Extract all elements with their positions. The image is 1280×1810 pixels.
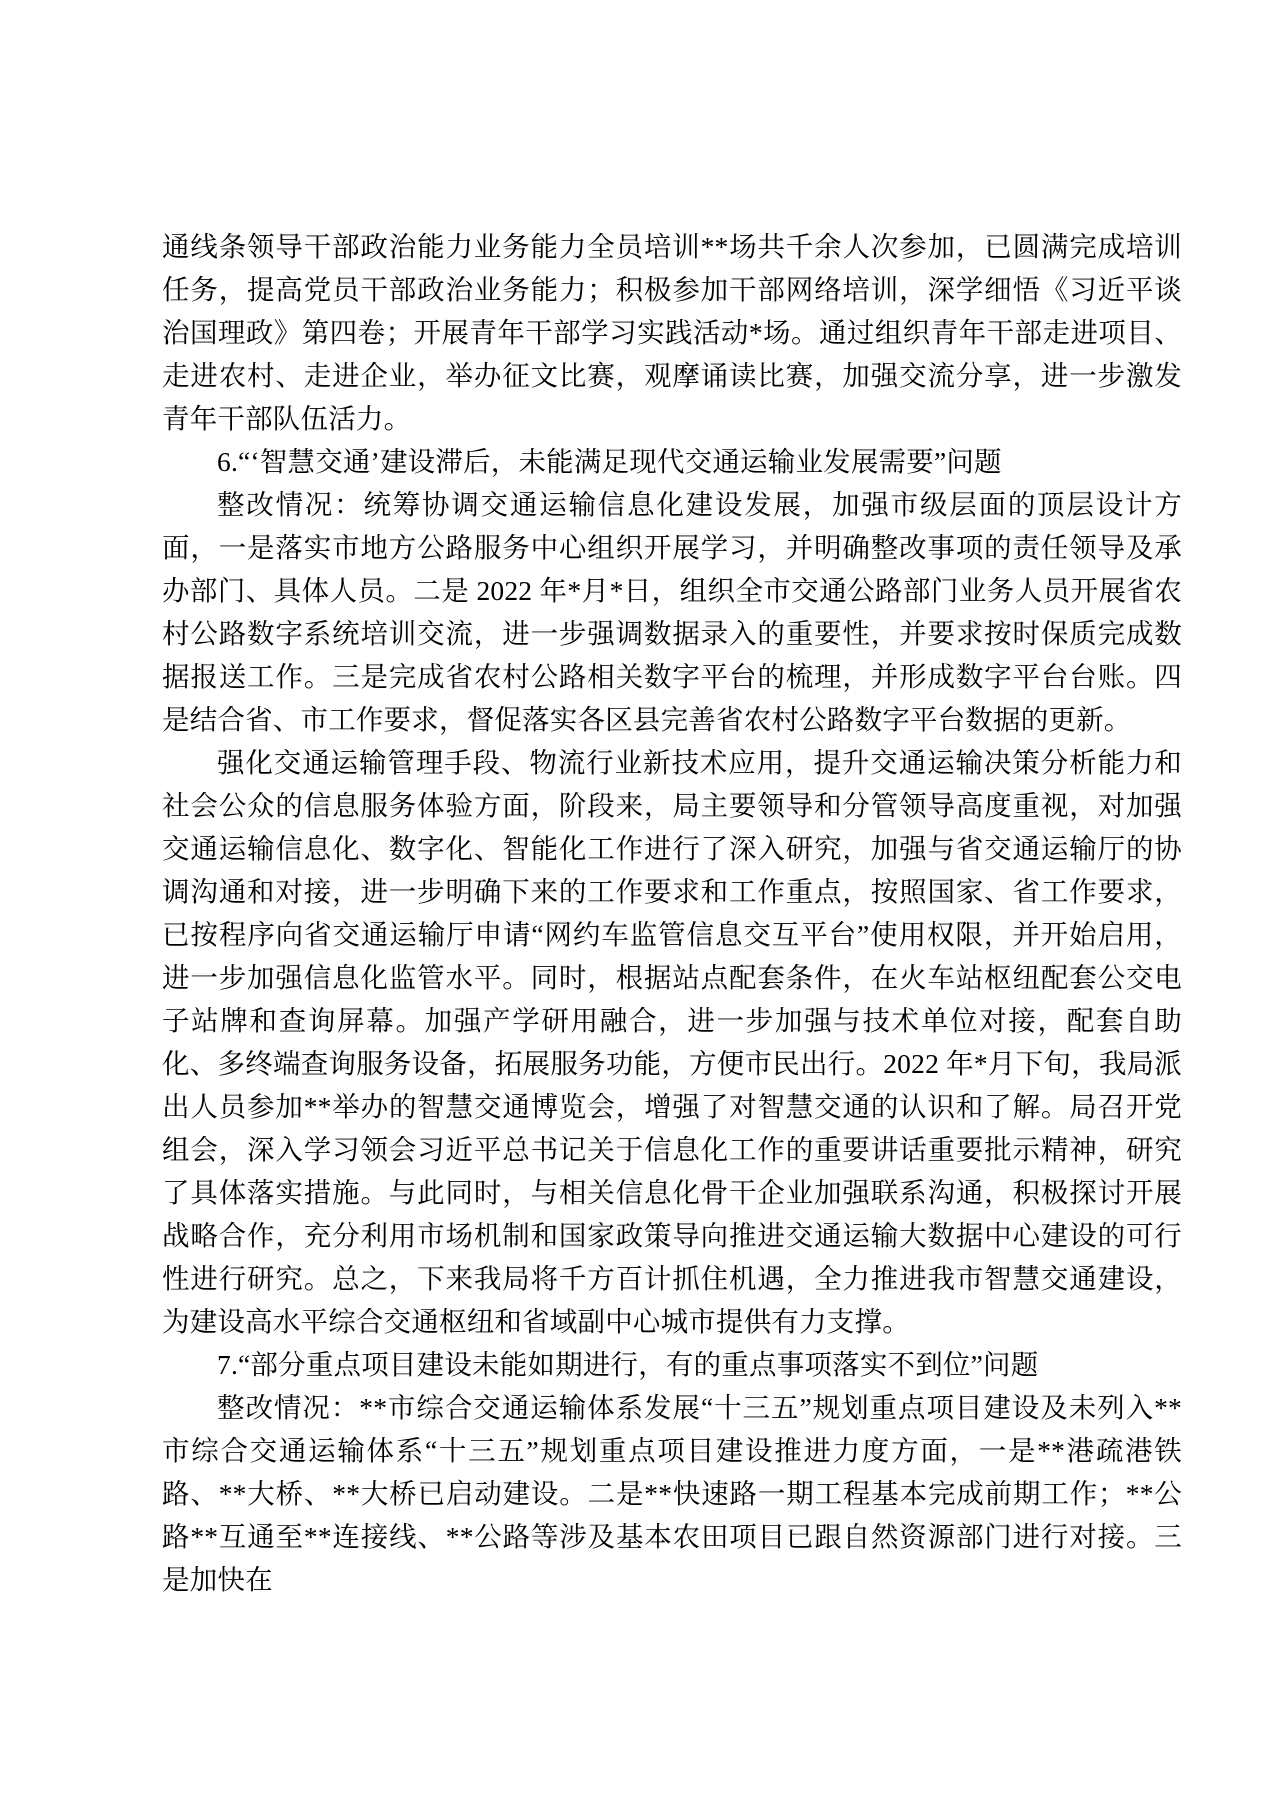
section-heading: 6.“‘智慧交通’建设滞后，未能满足现代交通运输业发展需要”问题 bbox=[162, 440, 1182, 483]
document-page: 通线条领导干部政治能力业务能力全员培训**场共千余人次参加，已圆满完成培训任务，… bbox=[0, 0, 1280, 1810]
paragraph: 整改情况：**市综合交通运输体系发展“十三五”规划重点项目建设及未列入**市综合… bbox=[162, 1386, 1182, 1601]
paragraph: 强化交通运输管理手段、物流行业新技术应用，提升交通运输决策分析能力和社会公众的信… bbox=[162, 741, 1182, 1343]
document-body: 通线条领导干部政治能力业务能力全员培训**场共千余人次参加，已圆满完成培训任务，… bbox=[162, 225, 1182, 1601]
paragraph: 通线条领导干部政治能力业务能力全员培训**场共千余人次参加，已圆满完成培训任务，… bbox=[162, 225, 1182, 440]
paragraph: 整改情况：统筹协调交通运输信息化建设发展，加强市级层面的顶层设计方面，一是落实市… bbox=[162, 483, 1182, 741]
section-heading: 7.“部分重点项目建设未能如期进行，有的重点事项落实不到位”问题 bbox=[162, 1343, 1182, 1386]
